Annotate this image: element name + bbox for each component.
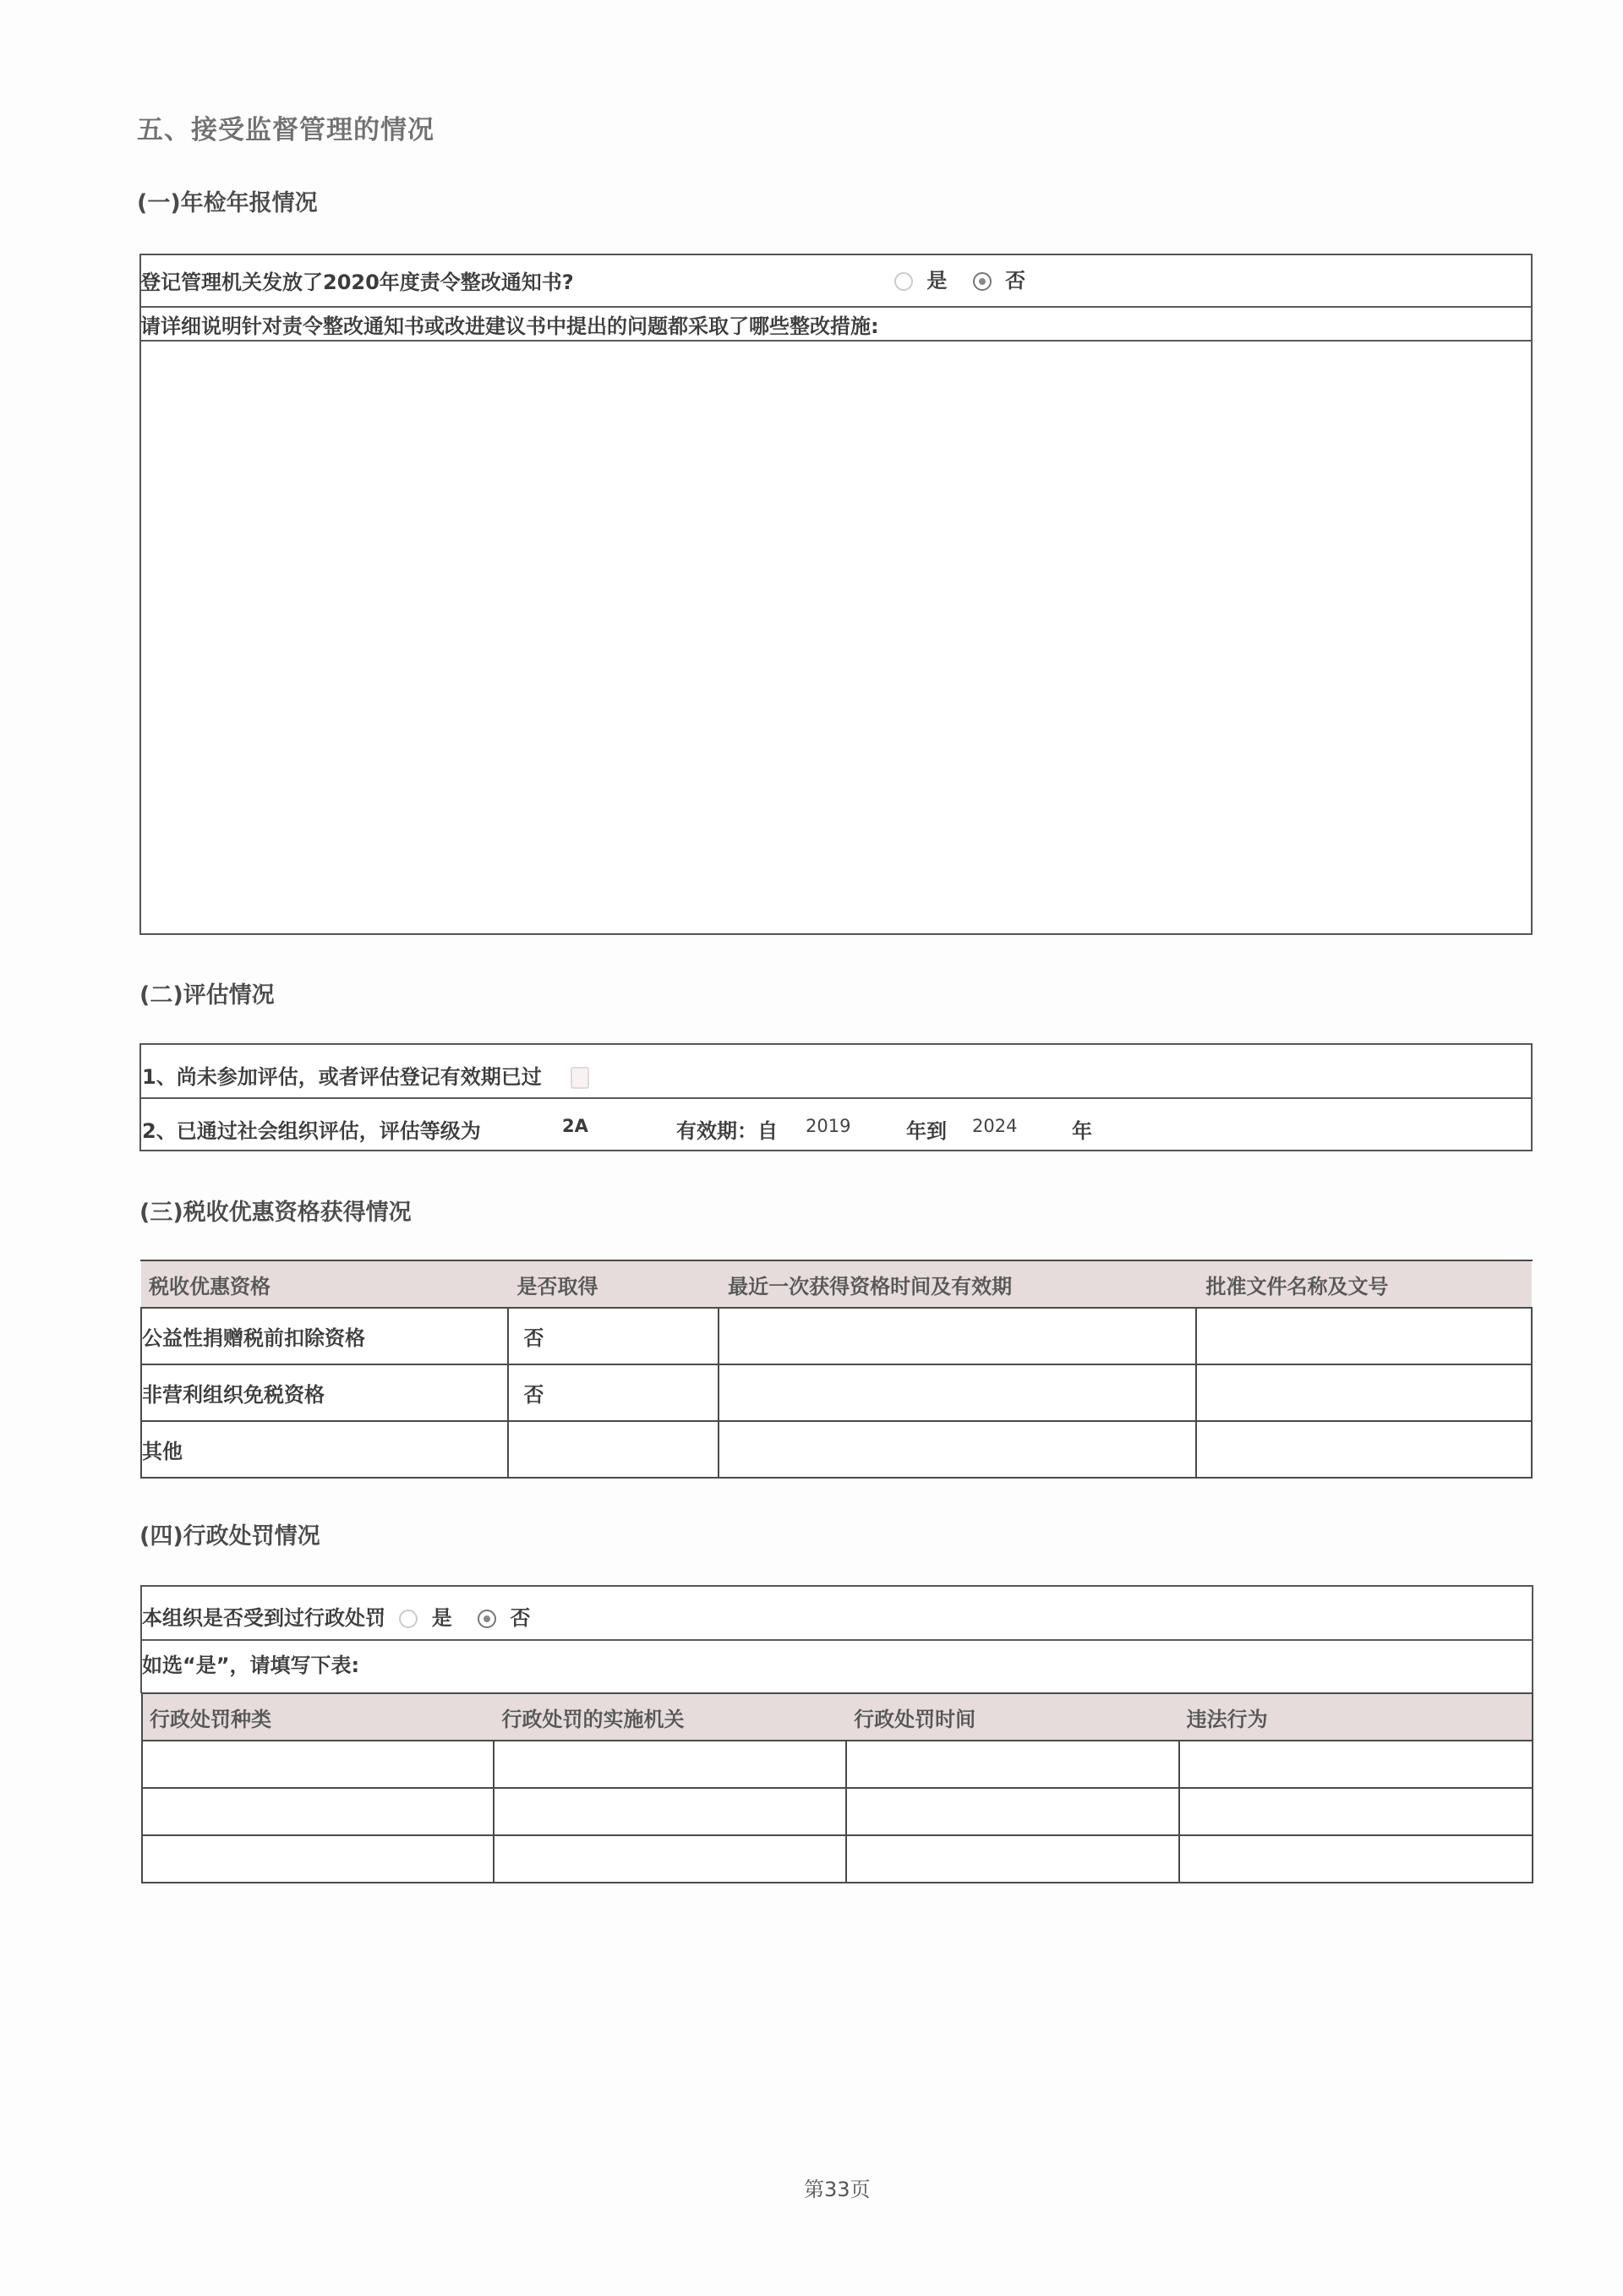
radio-yes[interactable]	[894, 272, 913, 291]
table-row	[142, 1741, 1533, 1788]
penalty-cell[interactable]	[846, 1741, 1179, 1788]
penalty-fill-note: 如选“是”，请填写下表:	[142, 1648, 359, 1678]
tax-row-obtained[interactable]: 否	[508, 1364, 719, 1421]
penalty-cell[interactable]	[1179, 1788, 1533, 1835]
penalty-col-violation: 违法行为	[1179, 1693, 1533, 1741]
evaluation-heading: (二)评估情况	[139, 976, 275, 1009]
table-row: 公益性捐赠税前扣除资格 否	[141, 1308, 1532, 1364]
tax-row-document[interactable]	[1196, 1308, 1532, 1364]
penalty-cell[interactable]	[846, 1835, 1179, 1883]
tax-col-obtained: 是否取得	[508, 1260, 719, 1308]
tax-row-period[interactable]	[719, 1421, 1196, 1478]
tax-col-name: 税收优惠资格	[141, 1260, 508, 1308]
penalty-radio-yes-label: 是	[432, 1606, 452, 1630]
evaluation-item2-label: 2、已通过社会组织评估，评估等级为	[142, 1114, 481, 1144]
penalty-cell[interactable]	[846, 1788, 1179, 1835]
tax-row-name: 其他	[141, 1421, 508, 1478]
radio-no-label: 否	[1005, 269, 1025, 292]
annual-check-question: 登记管理机关发放了2020年度责令整改通知书?	[140, 265, 574, 295]
valid-from-value: 2019	[806, 1116, 850, 1136]
annual-check-options: 是 否	[894, 264, 1025, 293]
radio-yes-label: 是	[926, 269, 947, 292]
penalty-radio-no[interactable]	[478, 1610, 496, 1628]
penalty-cell[interactable]	[1179, 1741, 1533, 1788]
valid-year-suffix: 年	[1072, 1114, 1092, 1144]
tax-table-header: 税收优惠资格 是否取得 最近一次获得资格时间及有效期 批准文件名称及文号	[141, 1260, 1532, 1308]
valid-to-value: 2024	[972, 1116, 1017, 1136]
penalty-cell[interactable]	[494, 1835, 846, 1883]
evaluation-grade: 2A	[562, 1116, 588, 1136]
evaluation-item1-label: 1、尚未参加评估，或者评估登记有效期已过	[142, 1065, 542, 1089]
penalty-cell[interactable]	[494, 1741, 846, 1788]
tax-heading: (三)税收优惠资格获得情况	[139, 1194, 412, 1227]
penalty-col-time: 行政处罚时间	[846, 1693, 1179, 1741]
table-row	[142, 1788, 1533, 1835]
penalty-question-row: 本组织是否受到过行政处罚 是 否	[142, 1601, 530, 1631]
valid-to-label: 年到	[906, 1114, 947, 1144]
annual-check-heading: (一)年检年报情况	[137, 184, 318, 217]
section-title: 五、接受监督管理的情况	[137, 108, 434, 146]
tax-row-period[interactable]	[719, 1364, 1196, 1421]
penalty-col-authority: 行政处罚的实施机关	[494, 1693, 846, 1741]
table-row: 非营利组织免税资格 否	[141, 1364, 1532, 1421]
measures-prompt: 请详细说明针对责令整改通知书或改进建议书中提出的问题都采取了哪些整改措施:	[140, 309, 879, 339]
penalty-cell[interactable]	[494, 1788, 846, 1835]
tax-row-obtained[interactable]: 否	[508, 1308, 719, 1364]
penalty-radio-yes[interactable]	[399, 1610, 418, 1628]
radio-no[interactable]	[973, 272, 992, 291]
penalty-col-type: 行政处罚种类	[142, 1693, 494, 1741]
table-row: 其他	[141, 1421, 1532, 1478]
penalty-heading: (四)行政处罚情况	[139, 1517, 320, 1550]
penalty-cell[interactable]	[142, 1788, 494, 1835]
evaluation-item1: 1、尚未参加评估，或者评估登记有效期已过	[142, 1060, 589, 1090]
penalty-table: 行政处罚种类 行政处罚的实施机关 行政处罚时间 违法行为	[141, 1692, 1533, 1883]
tax-col-period: 最近一次获得资格时间及有效期	[719, 1260, 1196, 1308]
penalty-radio-no-label: 否	[510, 1606, 530, 1630]
penalty-cell[interactable]	[142, 1835, 494, 1883]
page-number: 第33页	[804, 2173, 871, 2202]
tax-row-document[interactable]	[1196, 1421, 1532, 1478]
penalty-cell[interactable]	[1179, 1835, 1533, 1883]
penalty-question: 本组织是否受到过行政处罚	[142, 1606, 385, 1630]
tax-row-name: 公益性捐赠税前扣除资格	[141, 1308, 508, 1364]
tax-row-document[interactable]	[1196, 1364, 1532, 1421]
valid-from-label: 有效期：自	[676, 1114, 778, 1144]
tax-row-period[interactable]	[719, 1308, 1196, 1364]
tax-col-document: 批准文件名称及文号	[1196, 1260, 1532, 1308]
penalty-table-header: 行政处罚种类 行政处罚的实施机关 行政处罚时间 违法行为	[142, 1693, 1533, 1741]
tax-table: 税收优惠资格 是否取得 最近一次获得资格时间及有效期 批准文件名称及文号 公益性…	[140, 1260, 1533, 1479]
measures-textarea[interactable]	[142, 342, 1530, 932]
tax-row-name: 非营利组织免税资格	[141, 1364, 508, 1421]
evaluation-item1-checkbox[interactable]	[571, 1067, 589, 1089]
penalty-cell[interactable]	[142, 1741, 494, 1788]
table-row	[142, 1835, 1533, 1883]
tax-row-obtained[interactable]	[508, 1421, 719, 1478]
